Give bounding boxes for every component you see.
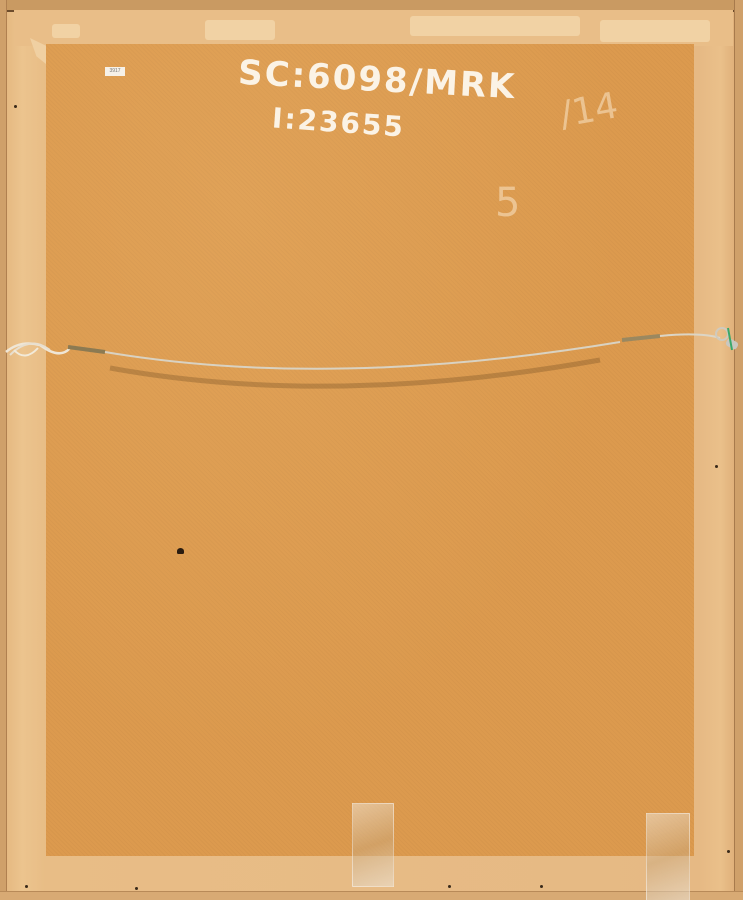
- inventory-sticker: 3917: [105, 67, 125, 76]
- frame-left-edge: [0, 0, 7, 900]
- paper-tear: [410, 16, 580, 36]
- paper-tear: [600, 20, 710, 42]
- hanging-wire-icon: [0, 300, 743, 410]
- nail: [14, 105, 17, 108]
- frame-right-edge: [734, 0, 743, 900]
- nail: [715, 465, 718, 468]
- nail: [540, 885, 543, 888]
- nail: [135, 887, 138, 890]
- nail: [448, 885, 451, 888]
- paper-tear: [52, 24, 80, 38]
- hardboard-backing: [46, 44, 694, 856]
- frame-bottom-edge: [0, 891, 743, 900]
- board-dent: [177, 548, 184, 554]
- paper-tear: [205, 20, 275, 40]
- nail: [25, 885, 28, 888]
- nail: [727, 850, 730, 853]
- clear-tape-left: [352, 803, 394, 887]
- clear-tape-right: [646, 813, 690, 900]
- faint-chalk-number: 5: [495, 180, 520, 226]
